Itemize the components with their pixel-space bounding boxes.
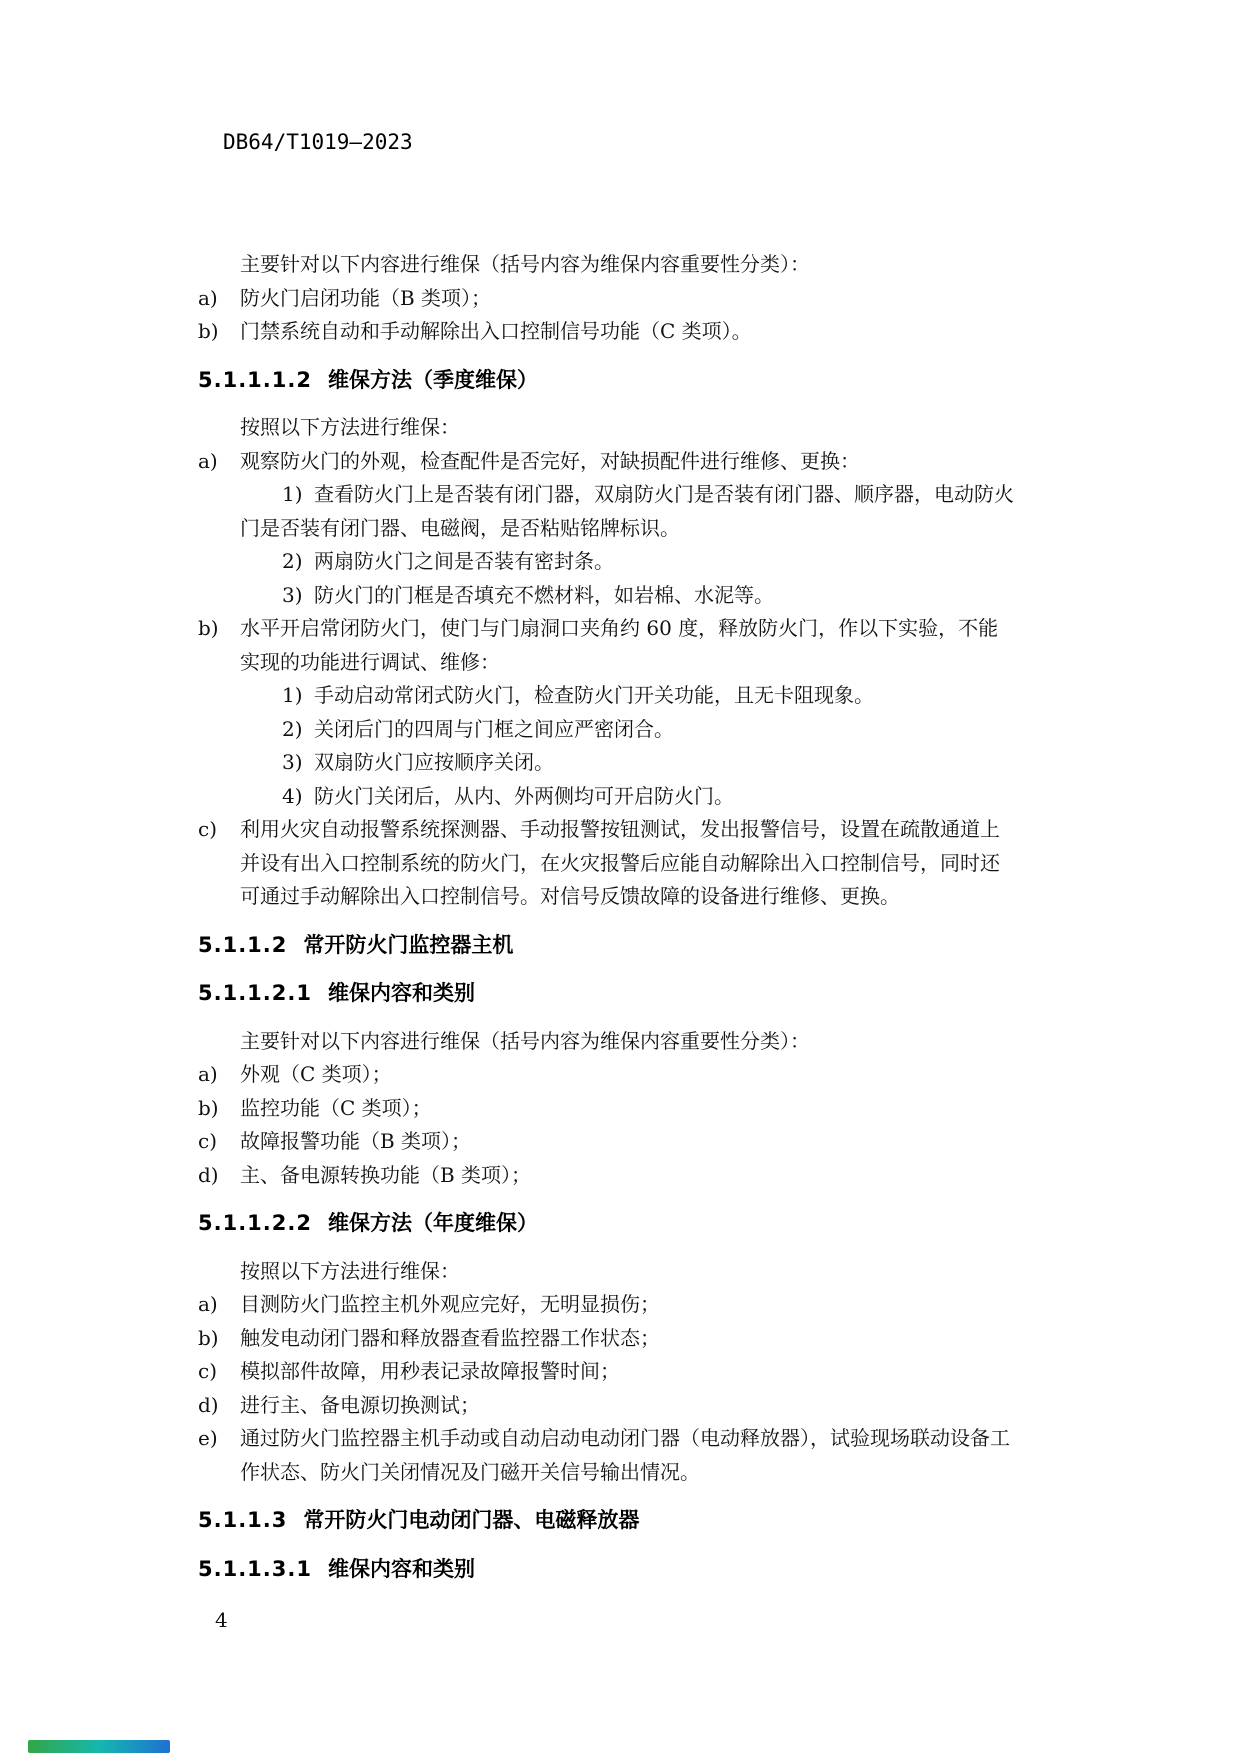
list-item: a)目测防火门监控主机外观应完好，无明显损伤； — [198, 1288, 1014, 1322]
list-item: c)故障报警功能（B 类项）； — [198, 1125, 1014, 1159]
section-title: 维保方法（季度维保） — [328, 368, 538, 392]
list-text: 观察防火门的外观，检查配件是否完好，对缺损配件进行维修、更换： — [240, 449, 860, 473]
list-text: 故障报警功能（B 类项）； — [240, 1129, 471, 1153]
sub-list-item: 1)手动启动常闭式防火门，检查防火门开关功能，且无卡阻现象。 — [198, 679, 1014, 713]
document-page: DB64/T1019—2023 主要针对以下内容进行维保（括号内容为维保内容重要… — [0, 0, 1241, 1755]
list-text: 门禁系统自动和手动解除出入口控制信号功能（C 类项）。 — [240, 319, 752, 343]
list-marker: a) — [198, 1058, 240, 1092]
list-marker: 1) — [282, 679, 314, 713]
list-item: b)门禁系统自动和手动解除出入口控制信号功能（C 类项）。 — [198, 315, 1014, 349]
list-marker: d) — [198, 1159, 240, 1193]
page-number: 4 — [215, 1608, 228, 1632]
list-marker: 2) — [282, 545, 314, 579]
list-marker: a) — [198, 1288, 240, 1322]
paragraph: 按照以下方法进行维保： — [198, 1255, 1014, 1289]
list-text: 关闭后门的四周与门框之间应严密闭合。 — [314, 717, 674, 741]
list-marker: a) — [198, 445, 240, 479]
list-marker: c) — [198, 1355, 240, 1389]
list-text: 防火门的门框是否填充不燃材料，如岩棉、水泥等。 — [314, 583, 774, 607]
list-item: c)利用火灾自动报警系统探测器、手动报警按钮测试，发出报警信号，设置在疏散通道上… — [198, 813, 1014, 914]
list-text: 监控功能（C 类项）； — [240, 1096, 432, 1120]
section-number: 5.1.1.2.1 — [198, 981, 312, 1005]
section-heading: 5.1.1.3常开防火门电动闭门器、电磁释放器 — [198, 1504, 1014, 1538]
section-number: 5.1.1.2.2 — [198, 1211, 312, 1235]
list-marker: 1) — [282, 478, 314, 512]
section-number: 5.1.1.1.2 — [198, 368, 312, 392]
section-number: 5.1.1.2 — [198, 933, 287, 957]
list-marker: 4) — [282, 780, 314, 814]
section-title: 维保方法（年度维保） — [328, 1211, 538, 1235]
list-text: 两扇防火门之间是否装有密封条。 — [314, 549, 614, 573]
list-text: 目测防火门监控主机外观应完好，无明显损伤； — [240, 1292, 660, 1316]
list-text: 触发电动闭门器和释放器查看监控器工作状态； — [240, 1326, 660, 1350]
sub-list-item: 2)两扇防火门之间是否装有密封条。 — [198, 545, 1014, 579]
list-marker: b) — [198, 1322, 240, 1356]
list-text: 通过防火门监控器主机手动或自动启动电动闭门器（电动释放器），试验现场联动设备工作… — [240, 1426, 1010, 1484]
section-title: 维保内容和类别 — [328, 981, 475, 1005]
list-marker: b) — [198, 612, 240, 646]
section-title: 常开防火门电动闭门器、电磁释放器 — [303, 1508, 639, 1532]
section-heading: 5.1.1.2.2维保方法（年度维保） — [198, 1207, 1014, 1241]
list-item: a)外观（C 类项）； — [198, 1058, 1014, 1092]
list-text: 防火门关闭后，从内、外两侧均可开启防火门。 — [314, 784, 734, 808]
document-body: 主要针对以下内容进行维保（括号内容为维保内容重要性分类）： a)防火门启闭功能（… — [198, 248, 1014, 1600]
gradient-strip — [28, 1740, 170, 1753]
list-marker: c) — [198, 1125, 240, 1159]
list-marker: b) — [198, 1092, 240, 1126]
list-text: 双扇防火门应按顺序关闭。 — [314, 750, 554, 774]
list-item: c)模拟部件故障，用秒表记录故障报警时间； — [198, 1355, 1014, 1389]
list-text: 防火门启闭功能（B 类项）； — [240, 286, 491, 310]
section-heading: 5.1.1.2.1维保内容和类别 — [198, 977, 1014, 1011]
list-marker: e) — [198, 1422, 240, 1456]
list-text: 手动启动常闭式防火门，检查防火门开关功能，且无卡阻现象。 — [314, 683, 874, 707]
list-text: 主、备电源转换功能（B 类项）； — [240, 1163, 531, 1187]
sub-list-item: 3)防火门的门框是否填充不燃材料，如岩棉、水泥等。 — [198, 579, 1014, 613]
list-text: 水平开启常闭防火门，使门与门扇洞口夹角约 60 度，释放防火门，作以下实验，不能… — [240, 616, 998, 674]
list-marker: b) — [198, 315, 240, 349]
section-heading: 5.1.1.2常开防火门监控器主机 — [198, 929, 1014, 963]
section-number: 5.1.1.3 — [198, 1508, 287, 1532]
section-number: 5.1.1.3.1 — [198, 1557, 312, 1581]
list-text: 进行主、备电源切换测试； — [240, 1393, 480, 1417]
list-item: e)通过防火门监控器主机手动或自动启动电动闭门器（电动释放器），试验现场联动设备… — [198, 1422, 1014, 1489]
section-heading: 5.1.1.1.2维保方法（季度维保） — [198, 364, 1014, 398]
sub-list-item: 4)防火门关闭后，从内、外两侧均可开启防火门。 — [198, 780, 1014, 814]
list-item: b)触发电动闭门器和释放器查看监控器工作状态； — [198, 1322, 1014, 1356]
section-title: 常开防火门监控器主机 — [303, 933, 513, 957]
section-title: 维保内容和类别 — [328, 1557, 475, 1581]
list-marker: a) — [198, 282, 240, 316]
list-item: b)水平开启常闭防火门，使门与门扇洞口夹角约 60 度，释放防火门，作以下实验，… — [198, 612, 1014, 679]
list-item: d)进行主、备电源切换测试； — [198, 1389, 1014, 1423]
list-marker: 2) — [282, 713, 314, 747]
sub-list-item: 1)查看防火门上是否装有闭门器，双扇防火门是否装有闭门器、顺序器，电动防火门是否… — [198, 478, 1014, 545]
list-text: 利用火灾自动报警系统探测器、手动报警按钮测试，发出报警信号，设置在疏散通道上并设… — [240, 817, 1000, 908]
list-text: 外观（C 类项）； — [240, 1062, 392, 1086]
paragraph: 按照以下方法进行维保： — [198, 411, 1014, 445]
list-text: 查看防火门上是否装有闭门器，双扇防火门是否装有闭门器、顺序器，电动防火门是否装有… — [240, 482, 1014, 540]
list-item: d)主、备电源转换功能（B 类项）； — [198, 1159, 1014, 1193]
section-heading: 5.1.1.3.1维保内容和类别 — [198, 1553, 1014, 1587]
list-item: a)观察防火门的外观，检查配件是否完好，对缺损配件进行维修、更换： — [198, 445, 1014, 479]
list-item: b)监控功能（C 类项）； — [198, 1092, 1014, 1126]
list-item: a)防火门启闭功能（B 类项）； — [198, 282, 1014, 316]
list-marker: d) — [198, 1389, 240, 1423]
paragraph: 主要针对以下内容进行维保（括号内容为维保内容重要性分类）： — [198, 1025, 1014, 1059]
list-marker: 3) — [282, 746, 314, 780]
list-marker: c) — [198, 813, 240, 847]
paragraph: 主要针对以下内容进行维保（括号内容为维保内容重要性分类）： — [198, 248, 1014, 282]
list-text: 模拟部件故障，用秒表记录故障报警时间； — [240, 1359, 620, 1383]
sub-list-item: 2)关闭后门的四周与门框之间应严密闭合。 — [198, 713, 1014, 747]
list-marker: 3) — [282, 579, 314, 613]
sub-list-item: 3)双扇防火门应按顺序关闭。 — [198, 746, 1014, 780]
document-number: DB64/T1019—2023 — [223, 130, 413, 154]
